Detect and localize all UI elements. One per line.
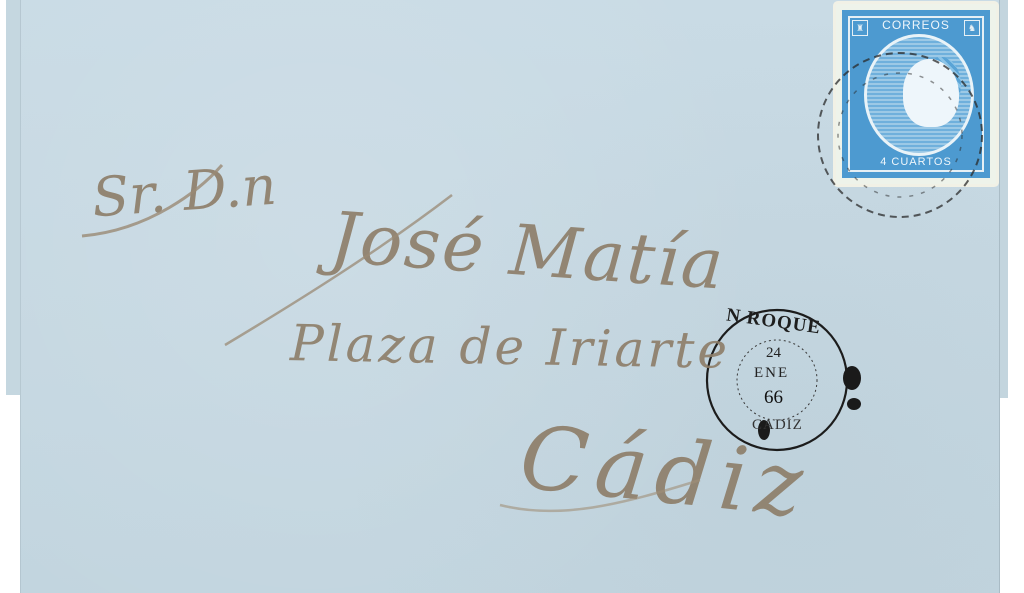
address-salutation: Sr. D.n xyxy=(90,154,278,230)
stamp-cancellation xyxy=(0,0,1024,593)
postmark-year: 66 xyxy=(764,387,783,409)
address-street: Plaza de Iriarte xyxy=(290,314,731,380)
postmark-office: N ROQUE xyxy=(725,304,822,339)
postmark-month: ENE xyxy=(754,365,789,382)
postmark-day: 24 xyxy=(766,345,781,362)
